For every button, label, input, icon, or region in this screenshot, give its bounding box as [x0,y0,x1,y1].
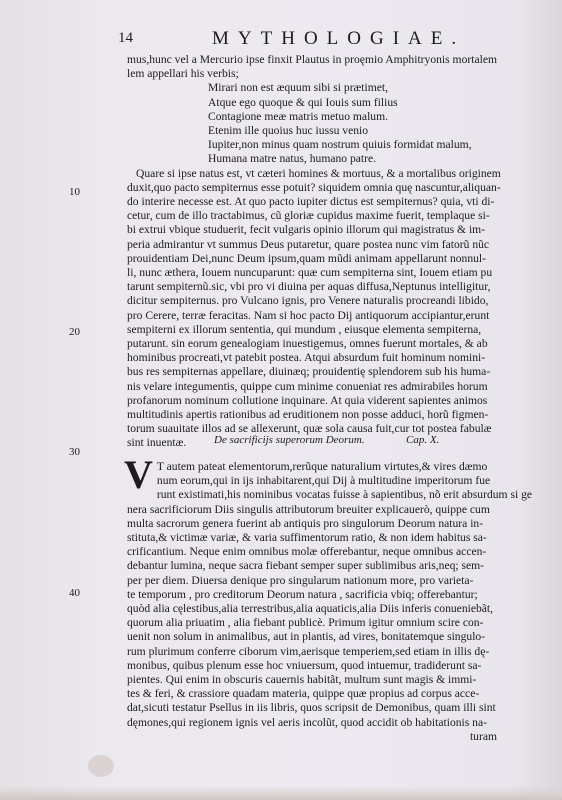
verse-line: Contagione meæ matris metuo malum. [127,110,487,124]
text-line: nis velare integumentis, quippe cum mini… [127,380,487,394]
text-line: duxit,quo pacto sempiternus esse potuit?… [127,181,487,195]
text-line: profanorum nominum collutione inquinare.… [127,394,487,408]
verse-line: Etenim ille quoius huc iussu venio [127,124,487,138]
text-line: li, nunc æthera, Iouem nuncuparunt: quæ … [127,266,487,280]
text-line: monibus, quibus plenum esse hoc vniuersu… [127,659,497,673]
verse-line: Mirari non est æquum sibi si prætimet, [127,81,487,95]
page-stain [88,755,114,777]
text-line: uenit non solum in animalibus, aut in pl… [127,630,497,644]
text-line: putarunt. sin eorum genealogiam inuestig… [127,337,487,351]
text-line: runt existimati,his nominibus vocatas fu… [127,488,497,502]
text-line: nera sacrificiorum Diis singulis attribu… [127,503,497,517]
text-line: bi extrui vbique studuerit, fecit vulgar… [127,223,487,237]
text-line: bus res sempiternas appellare, diuinæq; … [127,365,487,379]
text-line: pro Cerere, terræ feracitas. Nam si hoc … [127,309,487,323]
text-line: prouidentiam Dei,nunc Deum ipsum,quam mũ… [127,252,487,266]
line-number-40: 40 [69,587,80,599]
page-number: 14 [118,30,133,47]
text-line: tes & feri, & crassiore quadam materia, … [127,687,497,701]
text-line: quorum alia priuatim , alia fiebant publ… [127,616,497,630]
text-line: pientes. Qui enim in obscuris cauernis h… [127,673,497,687]
verse-line: Iupiter,non minus quam nostrum quiuis fo… [127,138,487,152]
running-head: 14 MYTHOLOGIAE. [118,28,518,50]
text-line: multitudinis apertis rationibus ad erudi… [127,408,487,422]
text-line: lem appellari his verbis; [127,67,487,81]
text-line: stituta,& victimæ variæ, & varia suffime… [127,531,497,545]
chapter-title: De sacrificijs superorum Deorum. [214,434,365,446]
verse-line: Humana matre natus, humano patre. [127,152,487,166]
text-line: do interire necesse est. At quo pacto iu… [127,195,487,209]
book-page: 14 MYTHOLOGIAE. mus,hunc vel a Mercurio … [0,0,562,800]
text-line: cetur, cum de illo tractabimus, cũ glori… [127,209,487,223]
text-line: debantur lumina, neque sacra fiebant sem… [127,559,497,573]
text-line: dat,sicuti testatur Psellus in iis libri… [127,701,497,715]
line-number-30: 30 [69,446,80,458]
text-line: hominibus procreati,vt patebit postea. A… [127,351,487,365]
drop-cap: V [124,460,153,490]
text-line: num eorum,qui in ijs inhabitarent,qui Di… [127,474,497,488]
text-line: per per diem. Diuersa denique pro singul… [127,574,497,588]
text-line: crificantium. Neque enim omnibus molæ of… [127,545,497,559]
section-1-text: mus,hunc vel a Mercurio ipse finxit Plau… [127,53,487,451]
text-line: dęmones,qui regionem ignis vel aeris inc… [127,716,497,730]
text-line: multa sacrorum genera fuerint ab antiqui… [127,517,497,531]
text-line: quòd alia cęlestibus,alia terrestribus,a… [127,602,497,616]
text-line: peria admirantur vt summus Deus putaretu… [127,238,487,252]
text-line: mus,hunc vel a Mercurio ipse finxit Plau… [127,53,487,67]
line-number-10: 10 [69,186,80,198]
line-number-20: 20 [69,326,80,338]
running-title: MYTHOLOGIAE. [212,28,465,50]
text-line: T autem pateat elementorum,rerũque natur… [127,460,497,474]
chapter-number: Cap. X. [406,434,439,446]
catchword: turam [127,730,497,744]
text-line: tarunt sempiternũ.sic, vbi pro vi diuina… [127,280,487,294]
text-line: sempiterni ex illorum sententia, qui mun… [127,323,487,337]
text-line: rum plurimum conferre ciborum vim,aerisq… [127,645,497,659]
section-2-text: V T autem pateat elementorum,rerũque nat… [127,460,497,744]
text-line: Quare si ipse natus est, vt cæteri homin… [127,167,487,181]
text-line: dicitur sempiternus. pro Vulcano ignis, … [127,294,487,308]
verse-line: Atque ego quoque & qui Iouis sum filius [127,96,487,110]
text-line: te temporum , pro creditorum Deorum natu… [127,588,497,602]
